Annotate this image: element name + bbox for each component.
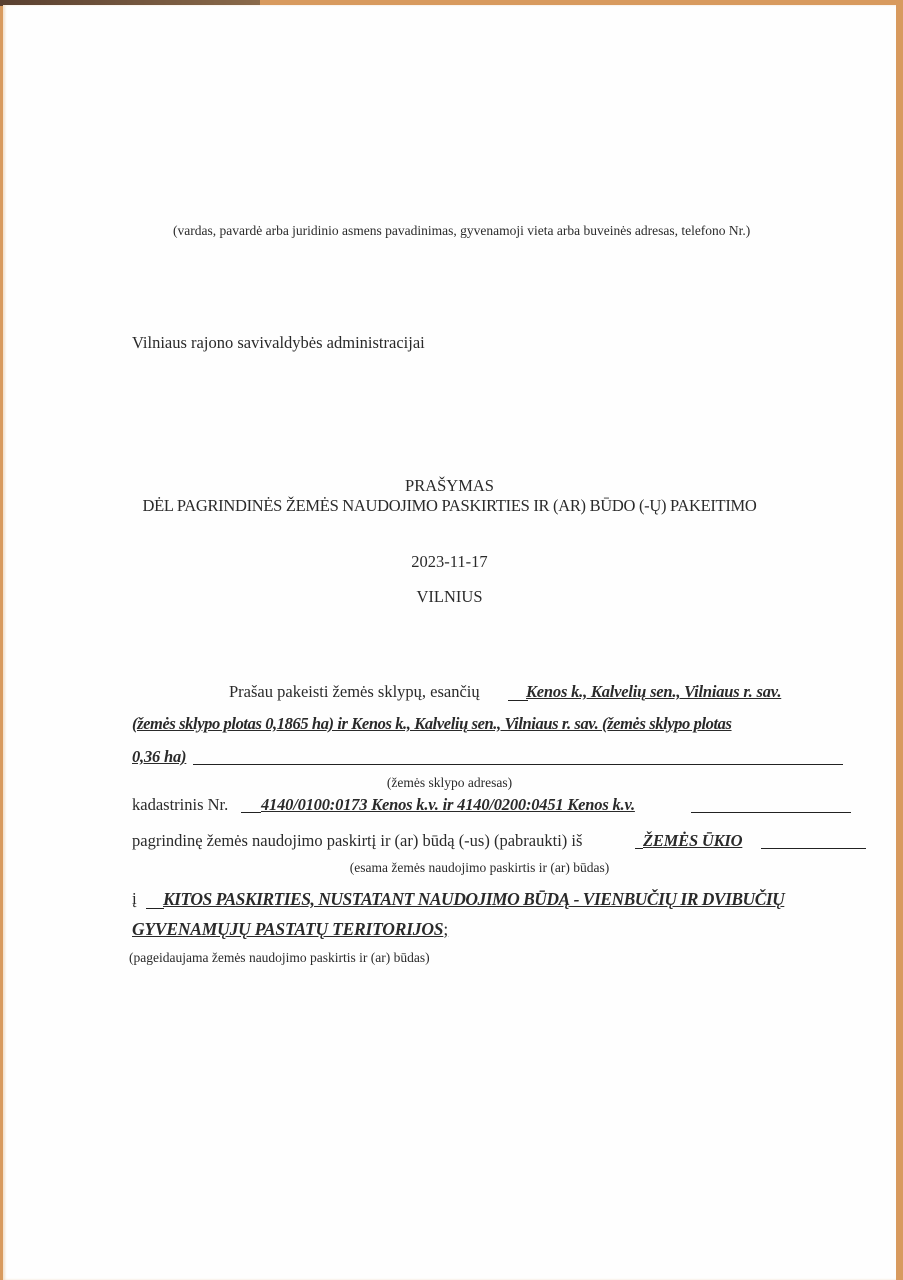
address-caption: (žemės sklypo adresas) — [3, 775, 896, 791]
recipient: Vilniaus rajono savivaldybės administrac… — [132, 333, 425, 353]
cadastral-fill: 4140/0100:0173 Kenos k.v. ir 4140/0200:0… — [261, 795, 635, 815]
current-use-fill: ŽEMĖS ŪKIO — [643, 831, 742, 851]
document-place: VILNIUS — [3, 587, 896, 607]
target-fill-line2: GYVENAMŲJŲ PASTATŲ TERITORIJOS — [132, 919, 443, 939]
address-fill-line2: (žemės sklypo plotas 0,1865 ha) ir Kenos… — [132, 714, 732, 734]
address-fill-line3: 0,36 ha) — [132, 747, 186, 767]
target-fill-line2-wrap: GYVENAMŲJŲ PASTATŲ TERITORIJOS; — [132, 919, 448, 940]
address-fill-line1: Kenos k., Kalvelių sen., Vilniaus r. sav… — [526, 682, 781, 702]
document-title: PRAŠYMAS — [3, 476, 896, 496]
blank-line — [193, 764, 843, 765]
document-date: 2023-11-17 — [3, 552, 896, 572]
current-use-label: pagrindinę žemės naudojimo paskirtį ir (… — [132, 831, 582, 851]
blank-line — [146, 908, 164, 909]
blank-line — [241, 812, 261, 813]
blank-line — [635, 848, 643, 849]
blank-line — [508, 700, 528, 701]
current-use-caption: (esama žemės naudojimo paskirtis ir (ar)… — [33, 860, 903, 876]
blank-line — [761, 848, 866, 849]
cadastral-label: kadastrinis Nr. — [132, 795, 228, 815]
target-fill-line1: KITOS PASKIRTIES, NUSTATANT NAUDOJIMO BŪ… — [163, 889, 784, 910]
document-page: (vardas, pavardė arba juridinio asmens p… — [3, 5, 896, 1280]
target-prefix: į — [132, 889, 137, 909]
target-fill-suffix: ; — [443, 919, 448, 939]
applicant-caption: (vardas, pavardė arba juridinio asmens p… — [173, 223, 750, 239]
request-intro: Prašau pakeisti žemės sklypų, esančių — [229, 682, 480, 702]
document-subtitle: DĖL PAGRINDINĖS ŽEMĖS NAUDOJIMO PASKIRTI… — [3, 496, 896, 516]
blank-line — [691, 812, 851, 813]
target-caption: (pageidaujama žemės naudojimo paskirtis … — [129, 950, 430, 966]
